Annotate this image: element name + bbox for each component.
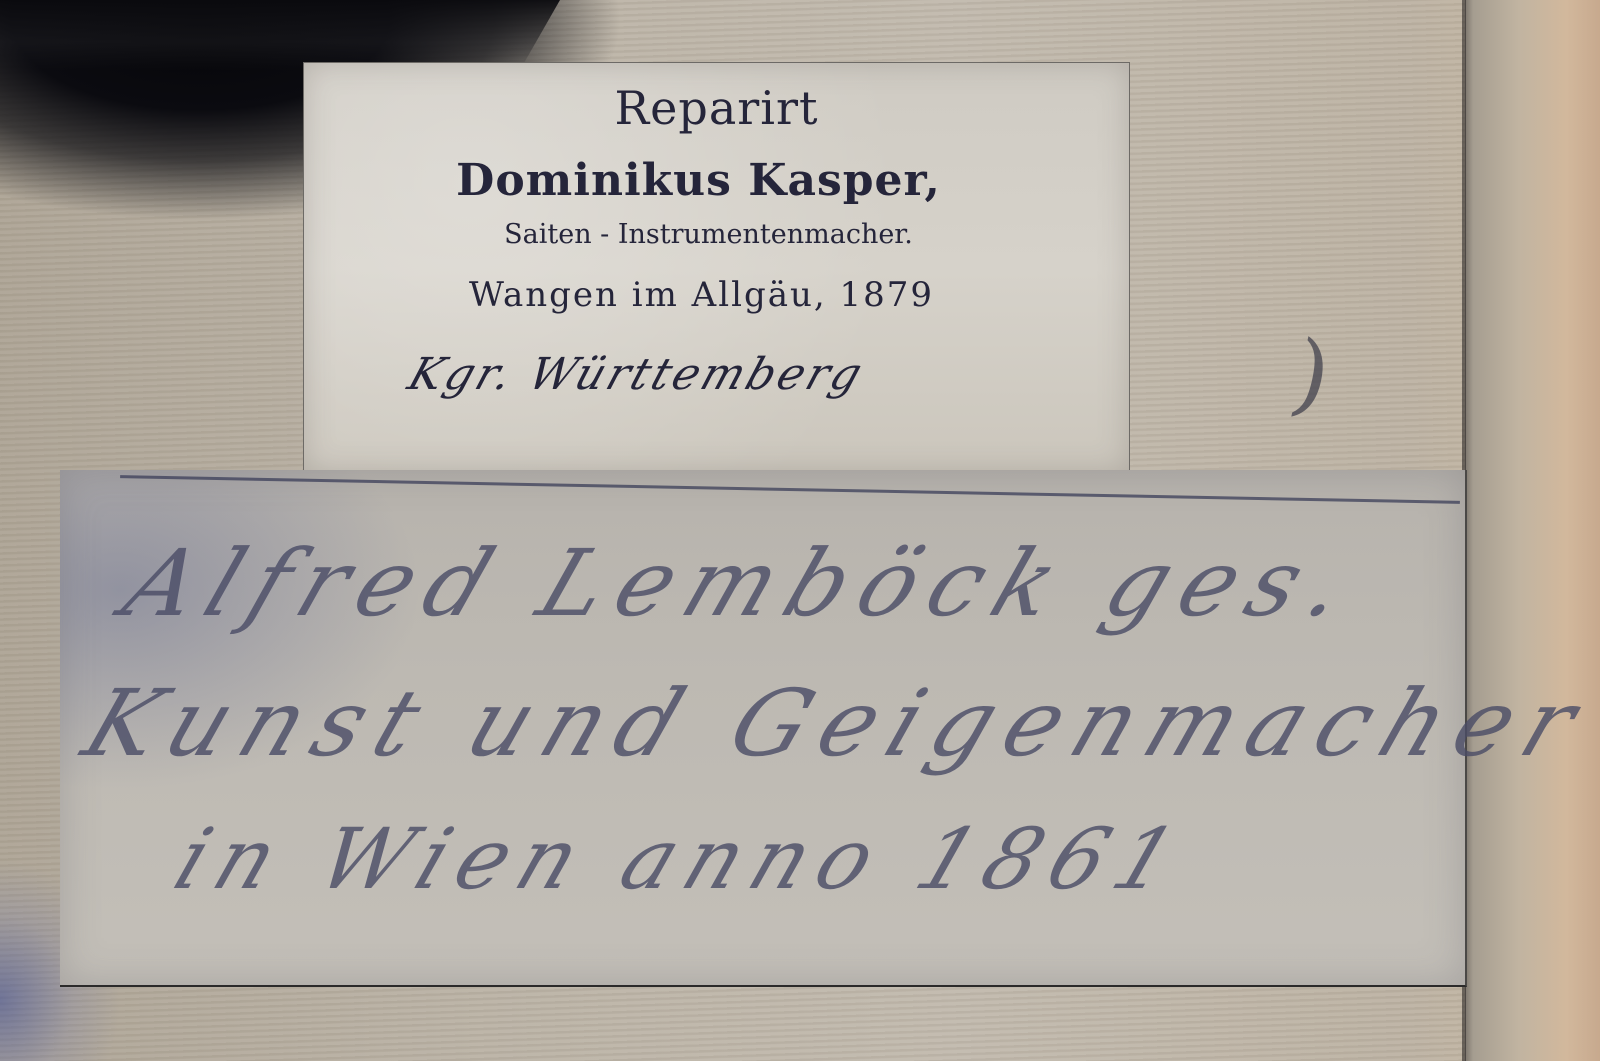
printed-repair-label: Reparirt Dominikus Kasper, Saiten - Inst… xyxy=(303,62,1130,474)
label-maker-name: Dominikus Kasper, xyxy=(286,155,1111,206)
instrument-side-edge xyxy=(1465,0,1600,1061)
label-place-date: Wangen im Allgäu, 1879 xyxy=(289,275,1114,315)
handwritten-line-2: Kunst und Geigenmacher xyxy=(71,670,1600,777)
label-handwritten-region: Kgr. Württemberg xyxy=(216,349,1058,400)
handwritten-line-3: in Wien anno 1861 xyxy=(162,810,1201,908)
handwritten-line-1: Alfred Lemböck ges. xyxy=(111,530,1376,637)
label-repair-heading: Reparirt xyxy=(304,81,1129,135)
ink-underline xyxy=(120,475,1460,504)
handwritten-maker-label: Alfred Lemböck ges. Kunst und Geigenmach… xyxy=(60,470,1467,987)
label-trade: Saiten - Instrumentenmacher. xyxy=(296,219,1121,250)
